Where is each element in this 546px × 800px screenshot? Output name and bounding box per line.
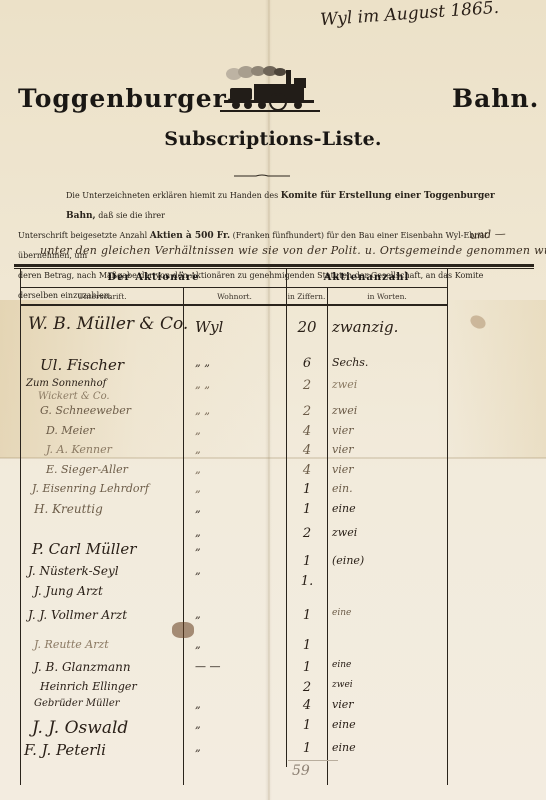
residence: „ [195,482,295,495]
subtitle: Subscriptions-Liste. [0,128,546,150]
residence: „ [195,741,295,754]
share-words: eine [332,741,356,754]
residence: „ „ [195,378,295,391]
residence: „ [195,564,295,577]
share-figures: 2 [288,680,326,695]
residence: „ [195,526,295,539]
share-words: vier [332,463,354,476]
column-header-words: in Worten. [327,292,447,301]
signature: J. Nüsterk-Seyl [28,564,119,578]
masthead: Toggenburger- Bahn. [0,78,546,118]
share-words: ein. [332,482,353,495]
share-words: zwei [332,378,357,391]
share-figures: 2 [288,526,326,541]
table-row: F. J. Peterli „ 1 eine [20,741,446,761]
table-row: G. Schneeweber „ „ 2 zwei [20,404,446,424]
table-row: E. Sieger-Aller „ 4 vier [20,463,446,483]
share-words: vier [332,424,354,437]
residence: „ [195,718,295,731]
divider-ornament [234,174,290,178]
total-underline [288,760,338,761]
table-row: H. Kreuttig „ 1 eine [20,502,446,522]
residence: „ [195,502,295,515]
signature: Heinrich Ellinger [40,680,137,693]
signature: J. A. Kenner [46,443,112,456]
intro-text: Unterschrift beigesetzte Anzahl [18,231,150,240]
table-row: J. Reutte Arzt „ 1 [20,638,446,658]
share-words: vier [332,698,354,711]
table-row: W. B. Müller & Co. Wyl 20 zwanzig. [20,318,446,338]
share-words: eine [332,608,351,618]
intro-bold: Aktien à 500 Fr. [150,231,230,241]
residence: „ [195,698,295,711]
share-words: vier [332,443,354,456]
intro-text: daß sie die ihrer [96,211,165,220]
signature: J. Jung Arzt [34,584,103,598]
residence: — — [195,660,295,673]
signature: J. J. Vollmer Arzt [28,608,127,622]
share-figures: 6 [288,356,326,371]
share-figures: 4 [288,443,326,458]
share-words: Sechs. [332,356,368,369]
share-figures: 1 [288,741,326,756]
share-words: eine [332,660,351,670]
handwritten-addition: und — [470,227,506,242]
table-row: J. A. Kenner „ 4 vier [20,443,446,463]
share-words: zwei [332,404,357,417]
table-row: J. B. Glanzmann — — 1 eine [20,660,446,680]
share-figures: 1 [288,482,326,497]
signature: Gebrüder Müller [34,698,120,709]
signature: Wickert & Co. [38,391,110,402]
title-left: Toggenburger- [18,84,238,113]
share-figures: 2 [288,404,326,419]
share-figures: 4 [288,463,326,478]
residence: „ „ [195,356,295,369]
table-row: D. Meier „ 4 vier [20,424,446,444]
signature: J. Eisenring Lehrdorf [32,482,149,495]
signature: D. Meier [46,424,94,437]
signature: F. J. Peterli [24,741,106,759]
table-row: J. Eisenring Lehrdorf „ 1 ein. [20,482,446,502]
residence: Wyl [195,318,295,336]
residence: „ [195,638,295,651]
table-row: J. J. Oswald „ 1 eine [20,718,446,738]
table-top-rule [14,264,534,267]
table-row: P. Carl Müller „ 1 (eine) [20,540,446,560]
residence: „ [195,608,295,621]
table-row: J. Jung Arzt [20,584,446,604]
signature: W. B. Müller & Co. [28,314,188,334]
share-figures: 1 [288,638,326,653]
signature: J. B. Glanzmann [34,660,131,674]
share-figures: 1 [288,608,326,623]
table-row: J. J. Vollmer Arzt „ 1 eine [20,608,446,628]
table-row: Gebrüder Müller „ 4 vier [20,698,446,718]
ink-blot [172,622,194,638]
share-words: zwei [332,680,353,690]
group-header-share-count: Aktienanzahl [286,272,447,283]
intro-text: Die Unterzeichneten erklären hiemit zu H… [66,191,281,200]
column-header-residence: Wohnort. [183,292,286,301]
share-words: eine [332,502,356,515]
share-figures: 1 [288,502,326,517]
share-figures: 4 [288,424,326,439]
total-shares: 59 [292,763,310,779]
residence: „ [195,443,295,456]
share-figures: 20 [288,318,326,336]
signature: P. Carl Müller [32,540,136,558]
signature: H. Kreuttig [34,502,103,516]
table-row: Ul. Fischer „ „ 6 Sechs. [20,356,446,376]
signature: E. Sieger-Aller [46,463,128,476]
header-divider [21,304,447,306]
header-divider [21,287,447,288]
share-words: eine [332,718,356,731]
residence: „ [195,424,295,437]
residence: „ [195,540,295,553]
table-row: Heinrich Ellinger 2 zwei [20,680,446,700]
table-row: J. Nüsterk-Seyl „ 1. [20,564,446,584]
signature: Zum Sonnenhof [26,378,106,389]
share-words: zwei [332,526,357,539]
locomotive-icon [220,64,320,114]
column-header-figures: in Ziffern. [286,292,327,301]
share-words: zwanzig. [332,318,398,336]
residence: „ [195,463,295,476]
title-right: Bahn. [452,84,539,113]
group-header-shareholders: Der Aktionäre [21,272,286,283]
signature: J. J. Oswald [32,718,128,738]
handwritten-addition: unter den gleichen Verhältnissen wie sie… [40,244,546,257]
share-figures: 1 [288,660,326,675]
column-header-signature: Unterschrift. [21,292,183,301]
share-figures: 4 [288,698,326,713]
signature: Ul. Fischer [40,356,124,374]
share-figures: 1 [288,718,326,733]
residence: „ „ [195,404,295,417]
signature: G. Schneeweber [40,404,131,417]
signature: J. Reutte Arzt [34,638,109,651]
